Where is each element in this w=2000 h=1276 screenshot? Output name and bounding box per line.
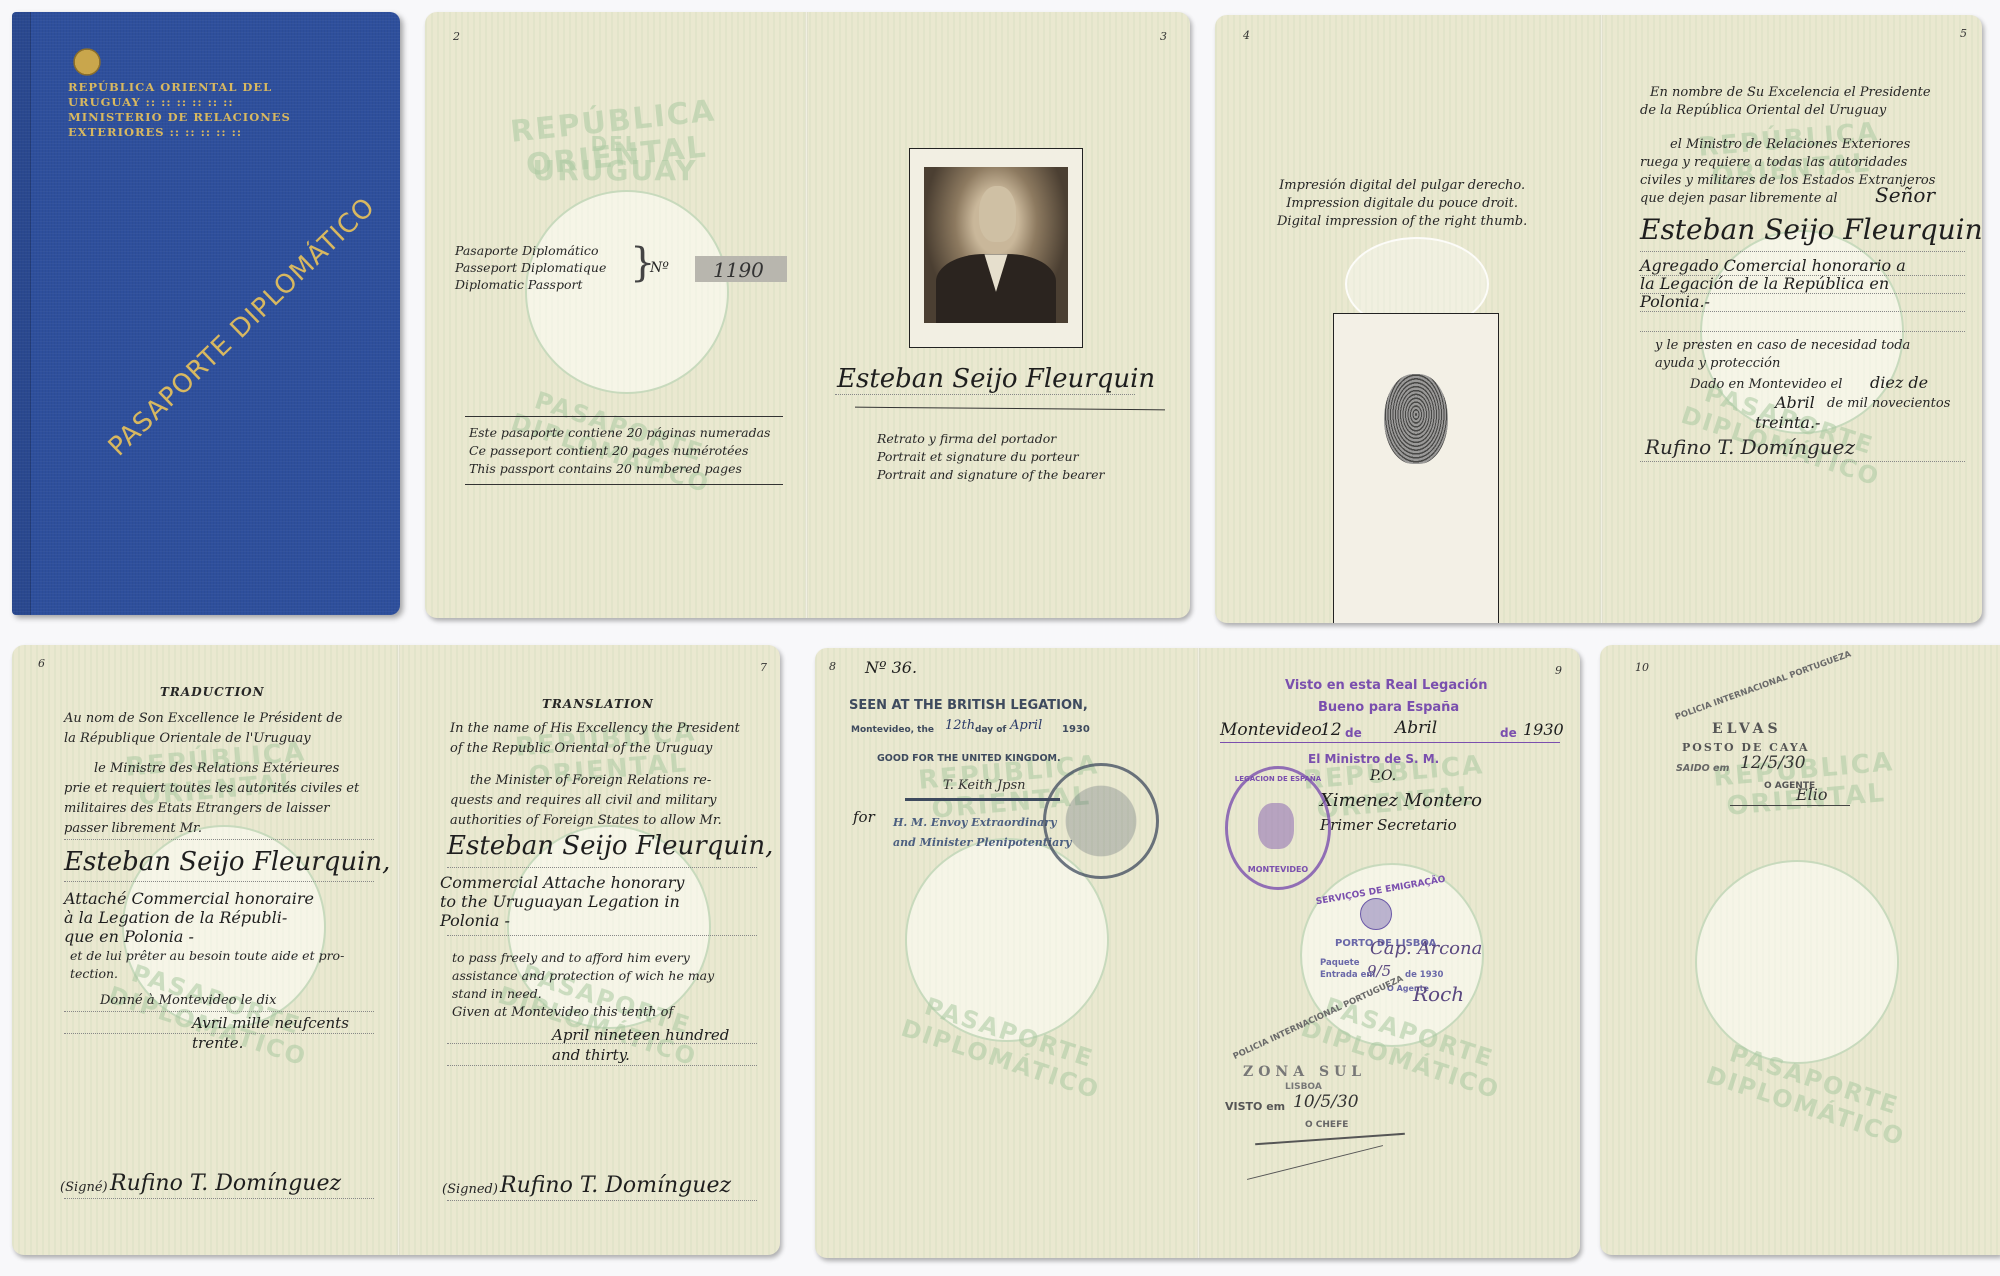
bearer-role: Attaché Commercial honoraire à la Legati…: [64, 889, 314, 946]
text-line: passer librement Mr.: [64, 821, 202, 836]
text-line: ruega y requiere a todas las autoridades: [1640, 155, 1907, 170]
spain-stamp-place: Montevideo: [1220, 720, 1322, 740]
spain-stamp-line1: Visto en esta Real Legación: [1285, 678, 1487, 693]
dotted-rule: [447, 1065, 757, 1066]
british-stamp-dayof: day of: [975, 725, 1006, 735]
dotted-rule: [447, 1043, 757, 1044]
given-at: Given at Montevideo this tenth of: [452, 1005, 673, 1020]
bearer-name: Esteban Seijo Fleurquin,: [447, 831, 773, 861]
police-chief: O CHEFE: [1305, 1120, 1348, 1130]
emigration-year: de 1930: [1405, 970, 1443, 980]
seal-text: LEGACION DE ESPAÑA: [1234, 775, 1322, 783]
signature-line: [1730, 805, 1850, 806]
spread-pages-6-7: 6 REPÚBLICA ORIENTAL PASAPORTE DIPLOMÁTI…: [12, 645, 780, 1255]
dotted-rule: [447, 1200, 757, 1201]
date-day: diez de: [1870, 373, 1928, 392]
page-number: 8: [829, 660, 836, 673]
seal-text: MONTEVIDEO: [1234, 865, 1322, 874]
date-month: Abril: [1775, 393, 1815, 412]
signature-bar: [905, 798, 1060, 801]
entry-date-handwritten: 9/5: [1367, 962, 1391, 980]
date-year: treinta.-: [1755, 413, 1820, 432]
british-stamp-month: April: [1010, 718, 1042, 733]
thumbprint-caption: Impresión digital del pulgar derecho. Im…: [1277, 177, 1527, 231]
exit-date: 12/5/30: [1740, 753, 1806, 773]
spread-pages-2-3: 2 REPÚBLICA ORIENTAL DEL URUGUAY PASAPOR…: [425, 12, 1190, 618]
police-date: 10/5/30: [1293, 1092, 1359, 1112]
dotted-rule: [64, 839, 374, 840]
watermark-crest: [1695, 860, 1899, 1064]
british-stamp-day: 12th: [945, 718, 975, 733]
date-text: April nineteen hundred and thirty.: [552, 1025, 729, 1065]
passport-number: 1190: [713, 258, 764, 282]
bearer-role: Agregado Comercial honorario a la Legaci…: [1640, 257, 1906, 311]
ship-name-handwritten: Cap. Arcona: [1370, 938, 1482, 959]
exit-label: SAIDO em: [1676, 763, 1729, 774]
spain-stamp-de: de: [1500, 726, 1517, 740]
page-number: 7: [760, 661, 767, 674]
page-number: 6: [38, 657, 45, 670]
spine: [397, 645, 400, 1255]
spanish-crest-icon: [1258, 803, 1294, 849]
legacion-espana-seal: LEGACION DE ESPAÑA MONTEVIDEO: [1225, 766, 1331, 890]
passport-cover: REPÚBLICA ORIENTAL DEL URUGUAY :: :: :: …: [12, 12, 400, 615]
signed-label: (Signed): [442, 1182, 498, 1197]
cover-title: PASAPORTE DIPLOMÁTICO: [95, 184, 389, 470]
dotted-rule: [1640, 461, 1965, 462]
title-handwritten: Señor: [1875, 183, 1935, 207]
british-stamp-good-for: GOOD FOR THE UNITED KINGDOM.: [877, 753, 1061, 764]
date-year-prefix: de mil novecientos: [1827, 396, 1950, 411]
emigration-paquete: Paquete: [1320, 958, 1359, 968]
bearer-signature: Esteban Seijo Fleurquin: [837, 364, 1155, 394]
page-10: 10 REPÚBLICA ORIENTAL PASAPORTE DIPLOMÁT…: [1600, 645, 2000, 1255]
reference-number: Nº 36.: [865, 658, 917, 677]
text-line: militaires des Etats Etrangers de laisse…: [64, 801, 330, 816]
page-count-note: Este pasaporte contiene 20 páginas numer…: [469, 424, 770, 478]
page-number: 3: [1160, 30, 1167, 43]
agent-signature: Elio: [1796, 785, 1828, 804]
british-legation-seal: [1043, 763, 1159, 879]
text-line: prie et requiert toutes les autorités ci…: [64, 781, 359, 796]
text-line: In the name of His Excellency the Presid…: [450, 721, 740, 736]
chief-signature-stroke: [1247, 1145, 1383, 1180]
envoy-title: H. M. Envoy Extraordinary: [893, 816, 1056, 829]
dotted-rule: [1640, 275, 1965, 276]
minister-signature: Rufino T. Domínguez: [500, 1173, 731, 1198]
spain-po: P.O.: [1370, 768, 1396, 784]
watermark-uruguay: URUGUAY: [455, 154, 775, 187]
spain-stamp-line2: Bueno para España: [1318, 700, 1459, 715]
emigration-stamp-seal: [1360, 898, 1392, 930]
dotted-rule: [64, 881, 374, 882]
closing-text: et de lui prêter au besoin toute aide et…: [70, 947, 344, 983]
agent-signature: Roch: [1413, 982, 1464, 1006]
dotted-rule: [1640, 311, 1965, 312]
british-stamp-year: 1930: [1062, 724, 1090, 735]
british-official-signature: T. Keith Jpsn: [943, 778, 1026, 793]
for-label: for: [853, 808, 875, 826]
text-line: quests and requires all civil and milita…: [450, 793, 716, 808]
text-line: of the Republic Oriental of the Uruguay: [450, 741, 712, 756]
spain-stamp-year: 1930: [1523, 720, 1564, 739]
closing-text: to pass freely and to afford him every a…: [452, 949, 714, 1003]
watermark-del: DEL: [455, 132, 775, 156]
cover-spine: [12, 12, 31, 615]
text-line: la République Orientale de l'Uruguay: [64, 731, 311, 746]
dotted-rule: [64, 1011, 374, 1012]
spine: [1600, 15, 1603, 623]
thumbprint-box: [1333, 313, 1499, 623]
text-line: que dejen pasar libremente al: [1640, 191, 1838, 206]
rule: [465, 416, 783, 417]
british-stamp-title: SEEN AT THE BRITISH LEGATION,: [849, 698, 1088, 713]
page-number: 9: [1555, 664, 1562, 677]
text-line: the Minister of Foreign Relations re-: [470, 773, 711, 788]
cover-heading: REPÚBLICA ORIENTAL DEL URUGUAY :: :: :: …: [68, 80, 291, 140]
minister-signature: Rufino T. Domínguez: [1645, 435, 1855, 459]
text-line: Au nom de Son Excellence le Président de: [64, 711, 342, 726]
british-stamp-place: Montevideo, the: [851, 725, 934, 735]
spain-official-signature: Ximenez Montero: [1320, 790, 1482, 811]
bearer-name: Esteban Seijo Fleurquin,: [64, 847, 390, 877]
number-label: Nº: [650, 260, 669, 276]
coat-of-arms-icon: [72, 46, 102, 78]
portrait-caption: Retrato y firma del portador Portrait et…: [877, 430, 1104, 484]
police-zone: ZONA SUL: [1243, 1064, 1366, 1080]
dotted-rule: [1640, 293, 1965, 294]
signature-underline: [855, 407, 1165, 411]
spain-stamp-minister: El Ministro de S. M.: [1308, 752, 1439, 766]
dotted-rule: [447, 935, 757, 936]
signature-line: [835, 394, 1135, 395]
spread-pages-8-9: 8 Nº 36. REPÚBLICA ORIENTAL PASAPORTE DI…: [815, 648, 1580, 1258]
spain-stamp-de: de: [1345, 726, 1362, 740]
rule: [465, 484, 783, 485]
dotted-rule: [1640, 331, 1965, 332]
dotted-rule: [447, 867, 757, 868]
dotted-rule: [64, 1033, 374, 1034]
text-line: de la República Oriental del Uruguay: [1640, 103, 1886, 118]
closing-text: y le presten en caso de necesidad toda a…: [1655, 337, 1910, 373]
police-city: ELVAS: [1712, 721, 1782, 737]
police-city: LISBOA: [1285, 1082, 1322, 1092]
photo-frame: [909, 148, 1083, 348]
text-line: authorities of Foreign States to allow M…: [450, 813, 722, 828]
passport-type-labels: Pasaporte Diplomático Passeport Diplomat…: [455, 242, 606, 293]
chief-signature-stroke: [1255, 1133, 1405, 1145]
bearer-name: Esteban Seijo Fleurquin: [1640, 213, 1982, 246]
signed-label: (Signé): [60, 1180, 108, 1195]
spine: [805, 12, 808, 618]
dotted-rule: [1640, 251, 1965, 252]
dotted-rule: [64, 1198, 374, 1199]
given-at: Donné à Montevideo le dix: [100, 993, 276, 1008]
page-number: 10: [1635, 661, 1649, 674]
spread-pages-4-5: 4 Impresión digital del pulgar derecho. …: [1215, 15, 1982, 623]
page-number: 2: [453, 30, 460, 43]
text-line: le Ministre des Relations Extérieures: [94, 761, 339, 776]
stamp-line: [1220, 742, 1560, 743]
police-stamp-arc: POLICIA INTERNACIONAL PORTUGUEZA: [1674, 649, 1853, 722]
bearer-portrait: [924, 167, 1068, 323]
heading-translation: TRANSLATION: [542, 697, 654, 711]
spain-secretary: Primer Secretario: [1320, 816, 1457, 834]
spine: [1197, 648, 1200, 1258]
police-visto: VISTO em: [1225, 1100, 1285, 1113]
spain-stamp-day: 12: [1320, 720, 1342, 740]
bearer-role: Commercial Attache honorary to the Urugu…: [440, 873, 684, 930]
text-line: En nombre de Su Excelencia el Presidente: [1650, 85, 1931, 100]
spain-stamp-month: Abril: [1395, 718, 1437, 738]
page-number: 5: [1960, 27, 1967, 40]
heading-traduction: TRADUCTION: [160, 685, 265, 699]
thumbprint: [1384, 374, 1448, 464]
given-at: Dado en Montevideo el: [1690, 377, 1842, 392]
page-number: 4: [1243, 29, 1250, 42]
text-line: el Ministro de Relaciones Exteriores: [1670, 137, 1910, 152]
minister-signature: Rufino T. Domínguez: [110, 1171, 341, 1196]
